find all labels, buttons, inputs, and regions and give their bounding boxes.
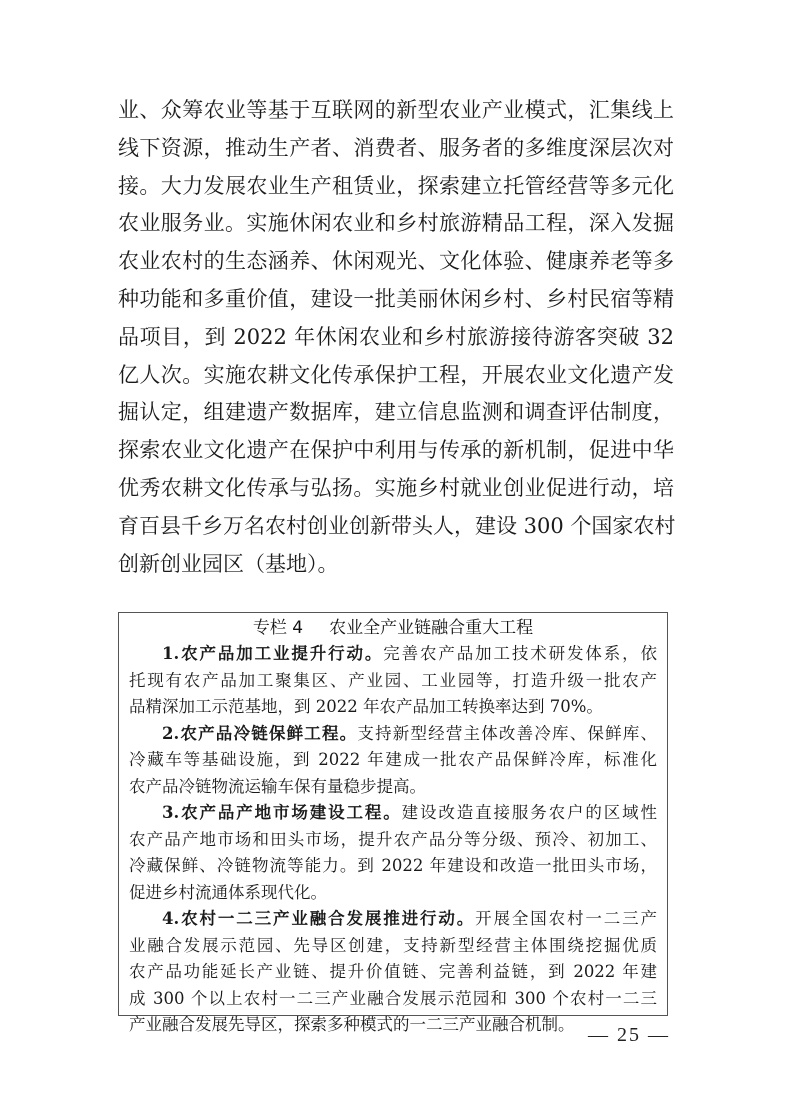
box-item-text: 开展全国农村一二三产 bbox=[475, 909, 657, 928]
box-item-line: 成 300 个以上农村一二三产业融合发展示范园和 300 个农村一二三 bbox=[129, 986, 657, 1013]
body-line: 接。大力发展农业生产租赁业，探索建立托管经营等多元化 bbox=[118, 168, 674, 206]
body-line: 种功能和多重价值，建设一批美丽休闲乡村、乡村民宿等精 bbox=[118, 281, 674, 319]
body-line: 创新创业园区（基地）。 bbox=[118, 546, 674, 584]
box-title-number: 专栏 4 bbox=[253, 618, 303, 638]
body-line: 农业服务业。实施休闲农业和乡村旅游精品工程，深入发掘 bbox=[118, 205, 674, 243]
body-line: 优秀农耕文化传承与弘扬。实施乡村就业创业促进行动，培 bbox=[118, 470, 674, 508]
body-line: 掘认定，组建遗产数据库，建立信息监测和调查评估制度， bbox=[118, 394, 674, 432]
box-title-text: 农业全产业链融合重大工程 bbox=[329, 618, 533, 638]
body-line: 品项目，到 2022 年休闲农业和乡村旅游接待游客突破 32 bbox=[118, 319, 674, 357]
box-item-line: 农产品产地市场和田头市场，提升农产品分等分级、预冷、初加工、 bbox=[129, 827, 657, 854]
box-title: 专栏 4农业全产业链融合重大工程 bbox=[129, 615, 657, 641]
box-item-text: 建设改造直接服务农户的区域性 bbox=[402, 803, 657, 822]
box-item-first-line: 2.农产品冷链保鲜工程。支持新型经营主体改善冷库、保鲜库、 bbox=[129, 721, 657, 748]
box-item-line: 促进乡村流通体系现代化。 bbox=[129, 880, 657, 907]
box-item-line: 冷藏车等基础设施，到 2022 年建成一批农产品保鲜冷库，标准化 bbox=[129, 747, 657, 774]
box-item-line: 品精深加工示范基地，到 2022 年农产品加工转换率达到 70%。 bbox=[129, 694, 657, 721]
box-item-line: 业融合发展示范园、先导区创建，支持新型经营主体围绕挖掘优质 bbox=[129, 933, 657, 960]
box-item-line: 产业融合发展先导区，探索多种模式的一二三产业融合机制。 bbox=[129, 1012, 657, 1039]
box-item-2: 2.农产品冷链保鲜工程。支持新型经营主体改善冷库、保鲜库、 冷藏车等基础设施，到… bbox=[129, 721, 657, 801]
body-line: 育百县千乡万名农村创业创新带头人，建设 300 个国家农村 bbox=[118, 508, 674, 546]
box-item-text: 支持新型经营主体改善冷库、保鲜库、 bbox=[357, 724, 657, 743]
body-line: 探索农业文化遗产在保护中利用与传承的新机制，促进中华 bbox=[118, 432, 674, 470]
body-line: 亿人次。实施农耕文化传承保护工程，开展农业文化遗产发 bbox=[118, 357, 674, 395]
box-item-first-line: 3.农产品产地市场建设工程。建设改造直接服务农户的区域性 bbox=[129, 800, 657, 827]
box-item-heading: 1.农产品加工业提升行动。 bbox=[162, 644, 383, 663]
page-number: — 25 — bbox=[588, 1024, 670, 1047]
box-item-4: 4.农村一二三产业融合发展推进行动。开展全国农村一二三产 业融合发展示范园、先导… bbox=[129, 906, 657, 1039]
sidebar-box-column-4: 专栏 4农业全产业链融合重大工程 1.农产品加工业提升行动。完善农产品加工技术研… bbox=[118, 612, 668, 1016]
box-item-1: 1.农产品加工业提升行动。完善农产品加工技术研发体系，依 托现有农产品加工聚集区… bbox=[129, 641, 657, 721]
body-line: 农业农村的生态涵养、休闲观光、文化体验、健康养老等多 bbox=[118, 243, 674, 281]
box-item-line: 冷藏保鲜、冷链物流等能力。到 2022 年建设和改造一批田头市场， bbox=[129, 853, 657, 880]
box-item-3: 3.农产品产地市场建设工程。建设改造直接服务农户的区域性 农产品产地市场和田头市… bbox=[129, 800, 657, 906]
box-item-line: 托现有农产品加工聚集区、产业园、工业园等，打造升级一批农产 bbox=[129, 668, 657, 695]
box-item-heading: 2.农产品冷链保鲜工程。 bbox=[162, 724, 357, 743]
box-item-heading: 4.农村一二三产业融合发展推进行动。 bbox=[162, 909, 475, 928]
box-item-line: 农产品冷链物流运输车保有量稳步提高。 bbox=[129, 774, 657, 801]
box-item-line: 农产品功能延长产业链、提升价值链、完善利益链，到 2022 年建 bbox=[129, 959, 657, 986]
body-paragraph: 业、众筹农业等基于互联网的新型农业产业模式，汇集线上 线下资源，推动生产者、消费… bbox=[118, 92, 674, 583]
box-item-first-line: 1.农产品加工业提升行动。完善农产品加工技术研发体系，依 bbox=[129, 641, 657, 668]
box-item-first-line: 4.农村一二三产业融合发展推进行动。开展全国农村一二三产 bbox=[129, 906, 657, 933]
body-line: 业、众筹农业等基于互联网的新型农业产业模式，汇集线上 bbox=[118, 92, 674, 130]
box-item-text: 完善农产品加工技术研发体系，依 bbox=[383, 644, 657, 663]
box-item-heading: 3.农产品产地市场建设工程。 bbox=[162, 803, 402, 822]
body-line: 线下资源，推动生产者、消费者、服务者的多维度深层次对 bbox=[118, 130, 674, 168]
